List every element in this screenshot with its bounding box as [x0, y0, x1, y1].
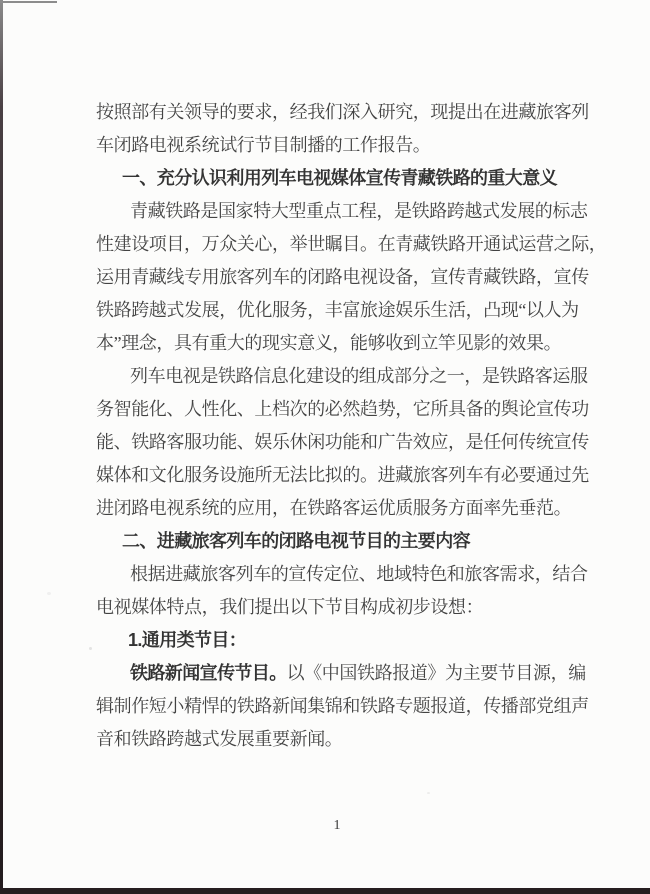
- text-segment: 以《中国铁路报道》为主要节目源，编: [287, 663, 586, 683]
- text-segment: 电视媒体特点，我们提出以下节目构成初步设想：: [96, 597, 483, 617]
- document-line: 进闭路电视系统的应用，在铁路客运优质服务方面率先垂范。: [96, 492, 596, 525]
- document-line: 务智能化、人性化、上档次的必然趋势，它所具备的舆论宣传功: [96, 393, 596, 426]
- document-line: 青藏铁路是国家特大型重点工程，是铁路跨越式发展的标志: [96, 195, 596, 228]
- text-segment: 辑制作短小精悍的铁路新闻集锦和铁路专题报道，传播部党组声: [96, 696, 589, 716]
- scan-edge-left: [0, 0, 3, 894]
- bold-text-segment: 1.通用类节目：: [128, 630, 246, 650]
- document-line: 车闭路电视系统试行节目制播的工作报告。: [96, 129, 596, 162]
- text-segment: 根据进藏旅客列车的宣传定位、地域特色和旅客需求，结合: [130, 564, 588, 584]
- bold-text-segment: 铁路新闻宣传节目。: [130, 663, 287, 683]
- document-line: 辑制作短小精悍的铁路新闻集锦和铁路专题报道，传播部党组声: [96, 690, 596, 723]
- text-segment: 列车电视是铁路信息化建设的组成部分之一，是铁路客运服: [130, 366, 588, 386]
- text-segment: 能、铁路客服功能、娱乐休闲功能和广告效应，是任何传统宣传: [96, 432, 589, 452]
- document-line: 1.通用类节目：: [96, 624, 596, 657]
- text-segment: 进闭路电视系统的应用，在铁路客运优质服务方面率先垂范。: [96, 498, 571, 518]
- document-line: 本”理念，具有重大的现实意义，能够收到立竿见影的效果。: [96, 327, 596, 360]
- text-segment: 媒体和文化服务设施所无法比拟的。进藏旅客列车有必要通过先: [96, 465, 589, 485]
- text-segment: 铁路跨越式发展，优化服务，丰富旅途娱乐生活，凸现“以人为: [96, 300, 579, 320]
- scanned-document-page: 按照部有关领导的要求，经我们深入研究，现提出在进藏旅客列车闭路电视系统试行节目制…: [0, 0, 650, 894]
- document-body: 按照部有关领导的要求，经我们深入研究，现提出在进藏旅客列车闭路电视系统试行节目制…: [96, 96, 596, 756]
- bold-text-segment: 一、充分认识利用列车电视媒体宣传青藏铁路的重大意义: [122, 168, 557, 188]
- document-line: 运用青藏线专用旅客列车的闭路电视设备，宣传青藏铁路，宣传: [96, 261, 596, 294]
- scan-speck: [427, 792, 430, 794]
- text-segment: 本”理念，具有重大的现实意义，能够收到立竿见影的效果。: [96, 333, 561, 353]
- document-line: 电视媒体特点，我们提出以下节目构成初步设想：: [96, 591, 596, 624]
- document-line: 音和铁路跨越式发展重要新闻。: [96, 723, 596, 756]
- scan-speck: [47, 592, 51, 595]
- text-segment: 按照部有关领导的要求，经我们深入研究，现提出在进藏旅客列: [96, 102, 589, 122]
- scan-speck: [89, 647, 92, 650]
- document-line: 按照部有关领导的要求，经我们深入研究，现提出在进藏旅客列: [96, 96, 596, 129]
- document-line: 性建设项目，万众关心，举世瞩目。在青藏铁路开通试运营之际，: [96, 228, 596, 261]
- scan-edge-bottom: [0, 888, 650, 894]
- text-segment: 青藏铁路是国家特大型重点工程，是铁路跨越式发展的标志: [130, 201, 588, 221]
- text-segment: 车闭路电视系统试行节目制播的工作报告。: [96, 135, 430, 155]
- text-segment: 音和铁路跨越式发展重要新闻。: [96, 729, 342, 749]
- document-line: 根据进藏旅客列车的宣传定位、地域特色和旅客需求，结合: [96, 558, 596, 591]
- document-line: 能、铁路客服功能、娱乐休闲功能和广告效应，是任何传统宣传: [96, 426, 596, 459]
- text-segment: 务智能化、人性化、上档次的必然趋势，它所具备的舆论宣传功: [96, 399, 589, 419]
- document-line: 列车电视是铁路信息化建设的组成部分之一，是铁路客运服: [96, 360, 596, 393]
- scan-edge-top: [0, 1, 57, 3]
- document-line: 铁路新闻宣传节目。以《中国铁路报道》为主要节目源，编: [96, 657, 596, 690]
- page-number: 1: [90, 818, 584, 834]
- document-line: 铁路跨越式发展，优化服务，丰富旅途娱乐生活，凸现“以人为: [96, 294, 596, 327]
- document-heading-line: 一、充分认识利用列车电视媒体宣传青藏铁路的重大意义: [96, 162, 596, 195]
- text-segment: 性建设项目，万众关心，举世瞩目。在青藏铁路开通试运营之际，: [96, 234, 606, 254]
- text-segment: 运用青藏线专用旅客列车的闭路电视设备，宣传青藏铁路，宣传: [96, 267, 589, 287]
- document-heading-line: 二、进藏旅客列车的闭路电视节目的主要内容: [96, 525, 596, 558]
- bold-text-segment: 二、进藏旅客列车的闭路电视节目的主要内容: [122, 531, 470, 551]
- document-line: 媒体和文化服务设施所无法比拟的。进藏旅客列车有必要通过先: [96, 459, 596, 492]
